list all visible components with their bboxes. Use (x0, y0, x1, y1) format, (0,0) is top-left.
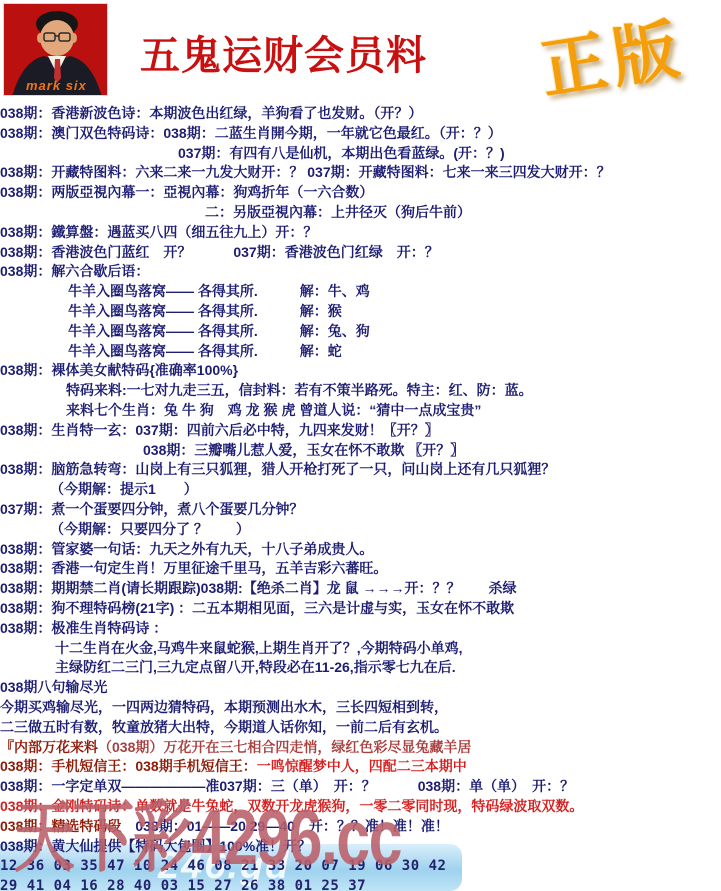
text-segment: 038期：香港新波色诗：本期波色出红绿，羊狗看了也发财。（开？） (0, 105, 422, 121)
text-line: 主绿防红二三门,三九定点留八开,特段必在11-26,指示零七九在后. (0, 658, 721, 678)
text-line: 二：另版亞視內幕：上井径灭（狗后牛前） (0, 203, 721, 223)
site-watermark: 天下彩4296.cc (14, 797, 401, 877)
text-line: 038期八句输尽光 (0, 678, 721, 698)
text-segment: 今期买鸡输尽光，一四两边猜特码，本期预测出水木，三长四短相到转， (0, 699, 448, 715)
text-line: 牛羊入圈鸟落窝—— 各得其所. 解：牛、鸡 (0, 282, 721, 302)
text-segment: 038期：管家婆一句话：九天之外有九天，十八子弟成贵人。 (0, 541, 373, 557)
text-line: （今期解：提示1 ） (0, 480, 721, 500)
text-segment: 038期：期期禁二肖(请长期跟踪)038期:【绝杀二肖】龙 鼠 →→→开：？？ … (0, 580, 516, 596)
text-segment: 一鸣惊醒梦中人，四配二三本期中 (257, 758, 467, 774)
text-segment: 牛羊入圈鸟落窝—— 各得其所. 解：兔、狗 (68, 323, 370, 339)
text-segment: 牛羊入圈鸟落窝—— 各得其所. 解：猴 (68, 303, 342, 319)
text-segment: 038期：狗不理特码榜(21字) ：二五本期相见面，三六是计虚与实，玉女在怀不敢… (0, 600, 514, 616)
text-line: 038期：狗不理特码榜(21字) ：二五本期相见面，三六是计虚与实，玉女在怀不敢… (0, 599, 721, 619)
text-segment: 十二生肖在火金,马鸡牛来鼠蛇猴,上期生肖开了？,今期特码小单鸡, (55, 640, 463, 656)
text-segment: 038期：两版亞視內幕一：亞視內幕：狗鸡折年（一六合数） (0, 184, 373, 200)
text-segment: 038期八句输尽光 (0, 679, 107, 695)
text-line: 038期：裸体美女献特码{准确率100%} (0, 361, 721, 381)
text-segment: 038期：手机短信王：038期手机短信王： (0, 758, 257, 774)
text-segment: 038期：开藏特图料：六来二来一九发大财开：？ 037期：开藏特图料：七来一来三… (0, 164, 611, 180)
text-line: 038期：手机短信王：038期手机短信王：一鸣惊醒梦中人，四配二三本期中 (0, 757, 721, 777)
body-text: 038期：香港新波色诗：本期波色出红绿，羊狗看了也发财。（开？）038期：澳门双… (0, 0, 721, 891)
text-segment: 038期：香港波色门蓝红 开？ 037期：香港波色门红绿 开：？ (0, 244, 439, 260)
text-segment: 038期：极准生肖特码诗 ： (0, 620, 167, 636)
text-line: 038期：脑筋急转弯：山岗上有三只狐狸，猎人开枪打死了一只，问山岗上还有几只狐狸… (0, 460, 721, 480)
text-segment: （038期）万花开在三七相合四走悄，绿红色彩尽显兔藏羊居 (98, 739, 471, 755)
text-segment: 二三做五时有数，牧童放猪大出特，今期道人话你知，一前二后有玄机。 (0, 719, 448, 735)
text-segment: 主绿防红二三门,三九定点留八开,特段必在11-26,指示零七九在后. (55, 659, 456, 675)
text-segment: 038期：脑筋急转弯：山岗上有三只狐狸，猎人开枪打死了一只，问山岗上还有几只狐狸… (0, 461, 555, 477)
text-line: 038期：开藏特图料：六来二来一九发大财开：？ 037期：开藏特图料：七来一来三… (0, 163, 721, 183)
text-line: 今期买鸡输尽光，一四两边猜特码，本期预测出水木，三长四短相到转， (0, 698, 721, 718)
text-line: 038期：极准生肖特码诗 ： (0, 619, 721, 639)
text-line: 二三做五时有数，牧童放猪大出特，今期道人话你知，一前二后有玄机。 (0, 718, 721, 738)
text-line: 特码来料:一七对九走三五，信封料：若有不策半路死。特主：红、防：蓝。 (0, 381, 721, 401)
text-segment: 『内部万花来料 (0, 739, 98, 755)
text-segment: （今期解：提示1 ） (50, 481, 198, 497)
text-segment: 牛羊入圈鸟落窝—— 各得其所. 解：蛇 (68, 343, 342, 359)
text-line: 037期：有四有八是仙机，本期出色看蓝绿。(开：？) (0, 144, 721, 164)
text-line: 038期：香港新波色诗：本期波色出红绿，羊狗看了也发财。（开？） (0, 104, 721, 124)
text-line: 来料七个生肖：兔 牛 狗 鸡 龙 猴 虎 曾道人说：“猜中一点成宝贵” (0, 401, 721, 421)
text-line: 038期：鐵算盤：遇蓝买八四（细五往九上）开：？ (0, 223, 721, 243)
text-segment: 038期：鐵算盤：遇蓝买八四（细五往九上）开：？ (0, 224, 317, 240)
text-segment: 038期：生肖特一玄：037期：四前六后必中特，九四来发财！〖开？〗 (0, 422, 439, 438)
page: mark six 五鬼运财会员料 正版 038期：香港新波色诗：本期波色出红绿，… (0, 0, 721, 891)
text-line: 038期：香港波色门蓝红 开？ 037期：香港波色门红绿 开：？ (0, 243, 721, 263)
text-segment: 037期：有四有八是仙机，本期出色看蓝绿。(开：？) (178, 145, 505, 161)
text-line: 038期：生肖特一玄：037期：四前六后必中特，九四来发财！〖开？〗 (0, 421, 721, 441)
text-line: 038期：解六合歇后语： (0, 262, 721, 282)
text-segment: 038期：一字定单双——————准037期：三（单） 开：？ 038期：单（单）… (0, 778, 574, 794)
text-line: 037期：煮一个蛋要四分钟，煮八个蛋要几分钟？ (0, 500, 721, 520)
text-line: 038期：期期禁二肖(请长期跟踪)038期:【绝杀二肖】龙 鼠 →→→开：？？ … (0, 579, 721, 599)
text-segment: 牛羊入圈鸟落窝—— 各得其所. 解：牛、鸡 (68, 283, 370, 299)
text-line: 十二生肖在火金,马鸡牛来鼠蛇猴,上期生肖开了？,今期特码小单鸡, (0, 639, 721, 659)
text-line: 038期：三瓣嘴儿惹人爱，玉女在怀不敢欺 〖开？〗 (0, 441, 721, 461)
text-segment: 038期：解六合歇后语： (0, 263, 149, 279)
text-line: 牛羊入圈鸟落窝—— 各得其所. 解：猴 (0, 302, 721, 322)
text-segment: 038期：澳门双色特码诗：038期：二蓝生肖開今期，一年就它色最红。（开：？） (0, 125, 502, 141)
text-line: （今期解：只要四分了 ？ ） (0, 520, 721, 540)
text-line: 牛羊入圈鸟落窝—— 各得其所. 解：兔、狗 (0, 322, 721, 342)
text-line: 038期：管家婆一句话：九天之外有九天，十八子弟成贵人。 (0, 540, 721, 560)
text-line: 『内部万花来料（038期）万花开在三七相合四走悄，绿红色彩尽显兔藏羊居 (0, 738, 721, 758)
text-line: 038期：两版亞視內幕一：亞視內幕：狗鸡折年（一六合数） (0, 183, 721, 203)
text-line: 牛羊入圈鸟落窝—— 各得其所. 解：蛇 (0, 342, 721, 362)
text-line: 038期：澳门双色特码诗：038期：二蓝生肖開今期，一年就它色最红。（开：？） (0, 124, 721, 144)
text-segment: 038期：裸体美女献特码{准确率100%} (0, 362, 238, 378)
text-segment: 038期：三瓣嘴儿惹人爱，玉女在怀不敢欺 〖开？〗 (143, 442, 464, 458)
text-line: 038期：香港一句定生肖！万里征途千里马，五羊吉彩六蕃旺。 (0, 559, 721, 579)
text-segment: 来料七个生肖：兔 牛 狗 鸡 龙 猴 虎 曾道人说：“猜中一点成宝贵” (66, 402, 481, 418)
text-segment: （今期解：只要四分了 ？ ） (50, 521, 250, 537)
text-segment: 二：另版亞視內幕：上井径灭（狗后牛前） (205, 204, 471, 220)
text-segment: 038期：香港一句定生肖！万里征途千里马，五羊吉彩六蕃旺。 (0, 560, 387, 576)
text-segment: 037期：煮一个蛋要四分钟，煮八个蛋要几分钟？ (0, 501, 303, 517)
text-segment: 特码来料:一七对九走三五，信封料：若有不策半路死。特主：红、防：蓝。 (66, 382, 533, 398)
